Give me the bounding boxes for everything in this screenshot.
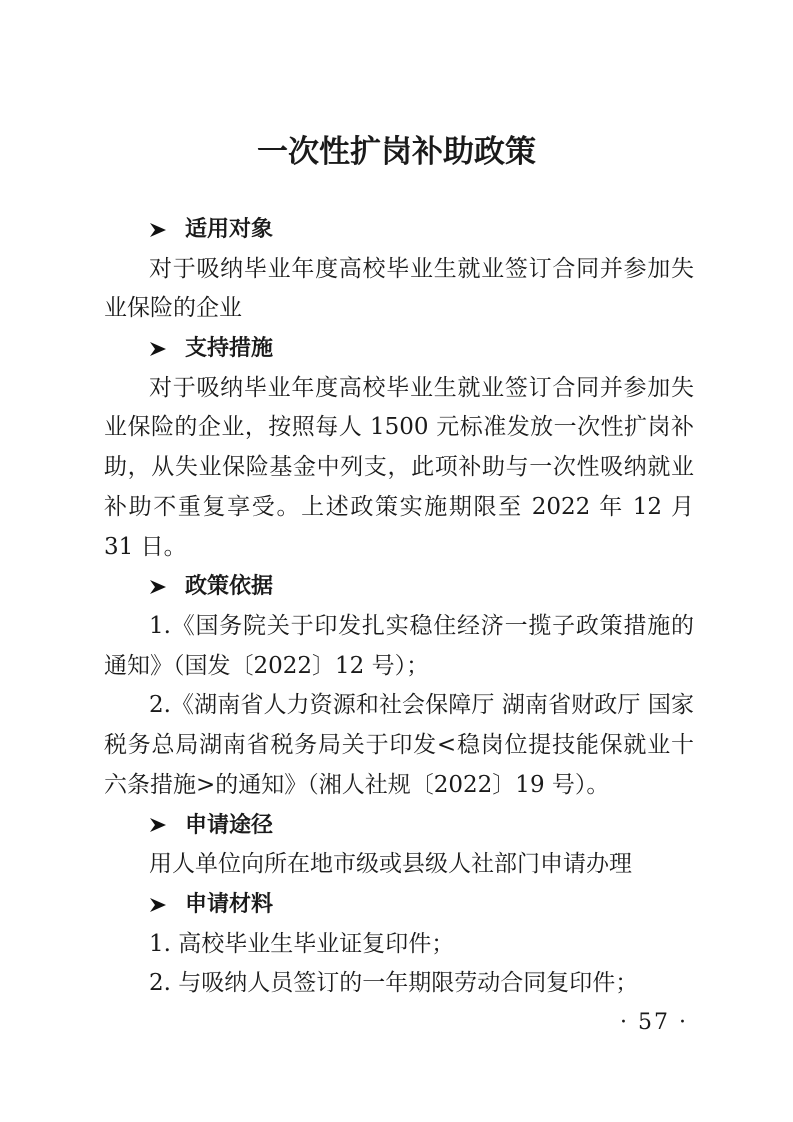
policy-reference-1: 1.《国务院关于印发扎实稳住经济一揽子政策措施的通知》（国发〔2022〕12 号… (104, 607, 694, 686)
arrowhead-bullet-icon (149, 817, 167, 833)
section-paragraph: 用人单位向所在地市级或县级人社部门申请办理 (104, 845, 694, 885)
material-item-2: 2. 与吸纳人员签订的一年期限劳动合同复印件； (104, 964, 694, 1004)
section-heading-application-channel: 申请途径 (104, 806, 694, 846)
section-heading-support-measures: 支持措施 (104, 329, 694, 369)
arrowhead-bullet-icon (149, 341, 167, 357)
policy-reference-2: 2.《湖南省人力资源和社会保障厅 湖南省财政厅 国家税务总局湖南省税务局关于印发… (104, 686, 694, 805)
section-heading-label: 支持措施 (185, 329, 273, 369)
material-item-1: 1. 高校毕业生毕业证复印件； (104, 925, 694, 965)
section-heading-label: 政策依据 (185, 567, 273, 607)
page-title: 一次性扩岗补助政策 (0, 132, 793, 172)
arrowhead-bullet-icon (149, 579, 167, 595)
page-number: · 57 · (620, 1010, 688, 1035)
section-heading-policy-basis: 政策依据 (104, 567, 694, 607)
section-paragraph: 对于吸纳毕业年度高校毕业生就业签订合同并参加失业保险的企业 (104, 250, 694, 329)
arrowhead-bullet-icon (149, 222, 167, 238)
section-heading-applicable-targets: 适用对象 (104, 210, 694, 250)
arrowhead-bullet-icon (149, 897, 167, 913)
section-heading-application-materials: 申请材料 (104, 885, 694, 925)
document-body: 适用对象 对于吸纳毕业年度高校毕业生就业签订合同并参加失业保险的企业 支持措施 … (104, 210, 694, 1004)
section-heading-label: 申请材料 (185, 885, 273, 925)
section-heading-label: 申请途径 (185, 806, 273, 846)
section-paragraph: 对于吸纳毕业年度高校毕业生就业签订合同并参加失业保险的企业，按照每人 1500 … (104, 369, 694, 568)
section-heading-label: 适用对象 (185, 210, 273, 250)
